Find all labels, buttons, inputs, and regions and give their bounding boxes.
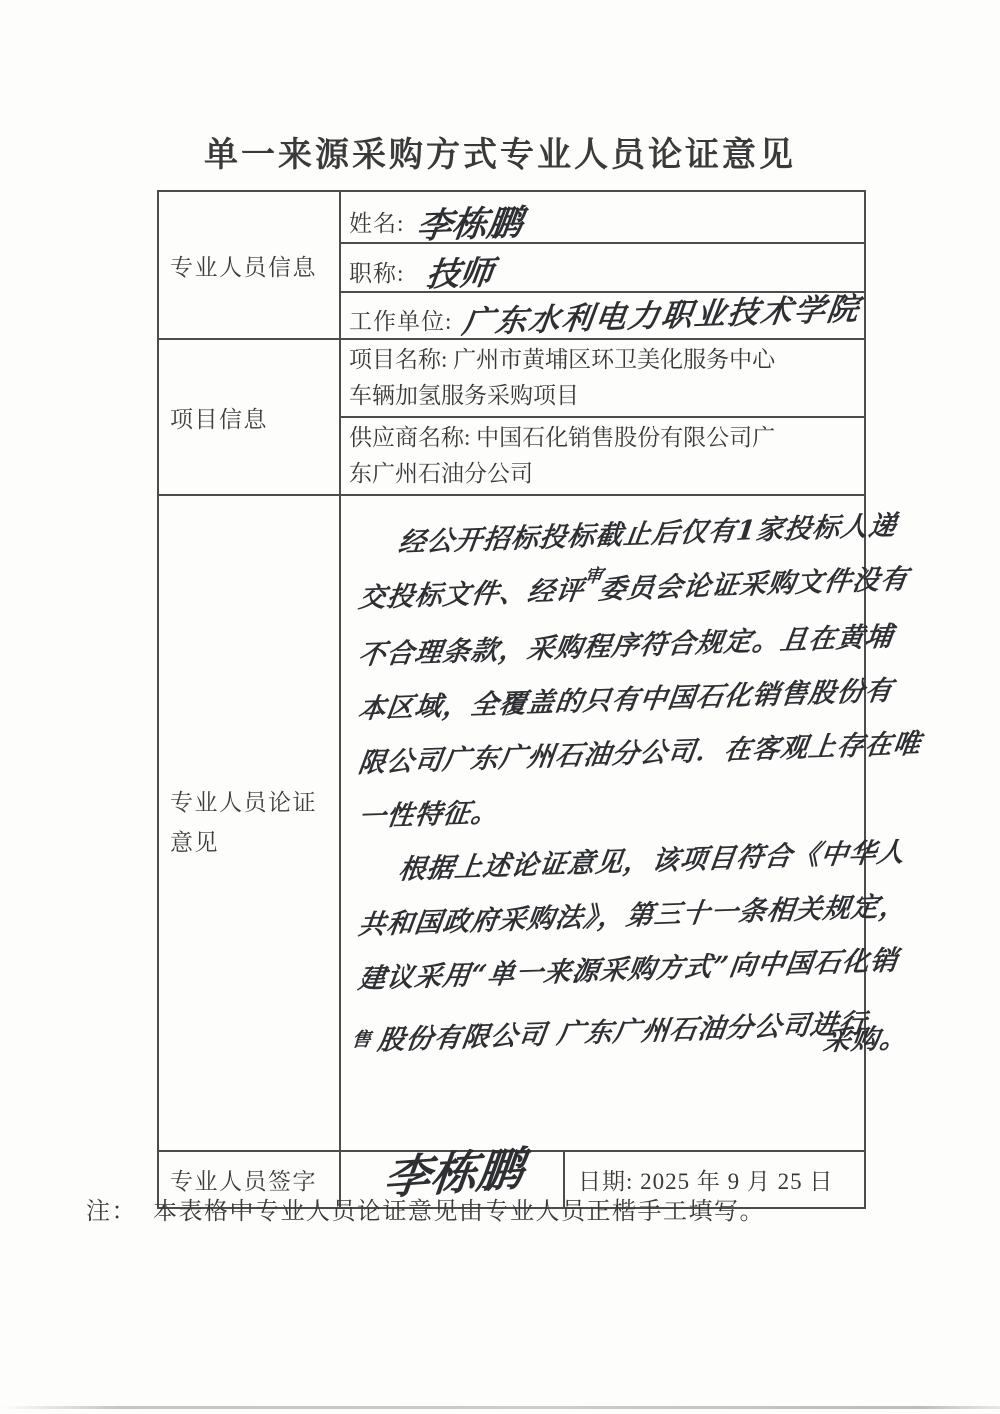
opinion-line-11: 采购。	[820, 1012, 911, 1069]
opinion-inserted-char: 审	[583, 566, 605, 588]
title-field-cell: 职称: 技师	[340, 243, 865, 292]
handwritten-title: 技师	[424, 247, 496, 296]
supplier-cell: 供应商名称: 中国石化销售股份有限公司广 东广州石油分公司	[340, 417, 865, 495]
opinion-line-10: 售股份有限公司 广东广州石油分公司进行	[355, 997, 870, 1071]
document-title: 单一来源采购方式专业人员论证意见	[0, 127, 1000, 176]
scanned-document-page: 单一来源采购方式专业人员论证意见 专业人员信息 姓名: 李栋鹏 职称: 技师	[0, 0, 1000, 1414]
opinion-content-cell: 经公开招标投标截止后仅有1家投标人递 交投标文件、经评审委员会论证采购文件没有 …	[340, 495, 865, 1151]
opinion-label-line2: 意见	[170, 823, 339, 863]
supplier-line1: 供应商名称: 中国石化销售股份有限公司广	[349, 420, 864, 456]
section-label-opinion: 专业人员论证 意见	[158, 495, 340, 1151]
opinion-line-2-post: 委员会论证采购文件没有	[597, 564, 910, 606]
workunit-label: 工作单位:	[349, 309, 452, 334]
footer-note-prefix: 注：	[86, 1191, 137, 1226]
project-name-line1: 项目名称: 广州市黄埔区环卫美化服务中心	[349, 342, 864, 378]
row-name: 专业人员信息 姓名: 李栋鹏	[158, 191, 865, 243]
opinion-line-2-pre: 交投标文件、经评	[357, 575, 586, 614]
row-opinion: 专业人员论证 意见 经公开招标投标截止后仅有1家投标人递 交投标文件、经评审委员…	[158, 495, 865, 1151]
handwritten-workunit: 广东水利电力职业技术学院	[460, 283, 864, 342]
name-field-cell: 姓名: 李栋鹏	[340, 191, 865, 243]
opinion-line-10-rest: 股份有限公司 广东广州石油分公司进行	[376, 1008, 869, 1056]
name-label: 姓名:	[349, 211, 404, 236]
form-table: 专业人员信息 姓名: 李栋鹏 职称: 技师 工作单位: 广东水利电力职业技术学院	[157, 190, 866, 1209]
project-name-cell: 项目名称: 广州市黄埔区环卫美化服务中心 车辆加氢服务采购项目	[340, 339, 865, 417]
handwritten-name: 李栋鹏	[414, 195, 526, 249]
workunit-field-cell: 工作单位: 广东水利电力职业技术学院	[340, 292, 865, 339]
project-name-line2: 车辆加氢服务采购项目	[349, 378, 864, 414]
row-project-name: 项目信息 项目名称: 广州市黄埔区环卫美化服务中心 车辆加氢服务采购项目	[158, 339, 865, 417]
scan-artifact-line	[0, 1406, 1000, 1409]
handwritten-signature: 李栋鹏	[381, 1133, 527, 1208]
opinion-label-line1: 专业人员论证	[170, 783, 339, 823]
opinion-line-6: 一性特征。	[355, 786, 502, 845]
section-label-project-info: 项目信息	[158, 339, 340, 495]
section-label-personnel-info: 专业人员信息	[158, 191, 340, 339]
supplier-line2: 东广州石油分公司	[349, 456, 864, 492]
title-label: 职称:	[349, 261, 404, 286]
opinion-line-10-margin-char: 售	[350, 1029, 372, 1052]
